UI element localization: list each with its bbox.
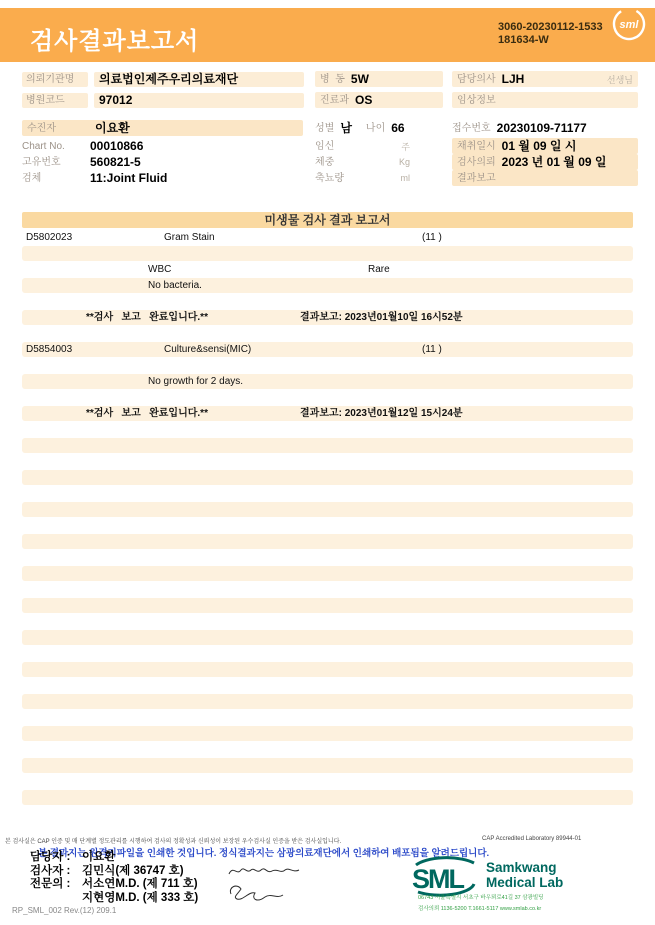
field-value: 의료법인제주우리의료재단 <box>94 72 304 87</box>
report-row <box>22 566 633 581</box>
field-label: 임신 <box>315 139 334 154</box>
field-label: 담당의사 <box>457 72 496 87</box>
field-doctor: 담당의사 LJH 선생님 <box>452 71 638 87</box>
report-row: D5802023Gram Stain(11 ) <box>22 230 633 245</box>
field-hospital-code: 병원코드 97012 <box>22 92 304 108</box>
form-code: RP_SML_002 Rev.(12) 209.1 <box>12 906 116 915</box>
field-label: 병원코드 <box>22 93 88 108</box>
report-cell: 결과보고: 2023년01월12일 15시24분 <box>300 406 463 421</box>
field-clinical-info: 임상정보 <box>452 92 638 108</box>
field-label: 접수번호 <box>452 121 491 136</box>
document-number: 3060-20230112-1533 <box>498 21 603 34</box>
report-row <box>22 790 633 805</box>
patient-name: 이요환 <box>95 121 130 136</box>
field-label: 수진자 <box>27 121 89 136</box>
field-value: 01 월 09 일 시 <box>502 139 577 154</box>
report-cell: Gram Stain <box>164 230 215 245</box>
field-label: Chart No. <box>22 139 84 154</box>
field-value: LJH <box>502 72 525 87</box>
report-cell: **검사 보고 완료입니다.** <box>86 406 208 421</box>
field-unique-no: 고유번호 560821-5 <box>22 154 141 170</box>
field-requesting-org: 의뢰기관명 의료법인제주우리의료재단 <box>22 71 304 87</box>
staff-specialist-1: 전문의 : 서소연M.D. (제 711 호) <box>30 878 198 892</box>
field-label: 검사의뢰 <box>457 155 496 170</box>
report-row: D5854003Culture&sensi(MIC)(11 ) <box>22 342 633 357</box>
svg-text:SML: SML <box>412 864 465 894</box>
field-value: 5W <box>351 72 369 87</box>
field-weight: 체중 Kg <box>315 154 410 170</box>
report-rows: D5802023Gram Stain(11 )WBCRareNo bacteri… <box>22 229 633 806</box>
age-value: 66 <box>391 121 404 136</box>
report-row <box>22 694 633 709</box>
report-header: 검사결과보고서 3060-20230112-1533 181634-W sml <box>0 8 655 62</box>
report-row <box>22 486 633 501</box>
report-cell: (11 ) <box>422 230 442 245</box>
lab-address: 06743 서울특별시 서초구 바우뫼로41길 37 삼광빌딩 검사의뢰 113… <box>418 893 544 915</box>
report-row: **검사 보고 완료입니다.**결과보고: 2023년01월12일 15시24분 <box>22 406 633 421</box>
field-chart-no: Chart No. 00010866 <box>22 138 143 154</box>
svg-text:sml: sml <box>620 19 640 31</box>
field-label: 성별 <box>315 121 334 136</box>
report-row <box>22 454 633 469</box>
field-value: 00010866 <box>90 139 143 154</box>
report-row <box>22 550 633 565</box>
report-row <box>22 582 633 597</box>
report-cell: No growth for 2 days. <box>148 374 243 389</box>
report-row <box>22 598 633 613</box>
report-row <box>22 438 633 453</box>
report-row <box>22 758 633 773</box>
field-value: 11:Joint Fluid <box>90 171 167 186</box>
report-row <box>22 326 633 341</box>
report-row: WBCRare <box>22 262 633 277</box>
report-cell: Rare <box>368 262 390 277</box>
field-label: 의뢰기관명 <box>22 72 88 87</box>
staff-specialist-2: 지현영M.D. (제 333 호) <box>30 892 198 906</box>
cap-accreditation: CAP Accredited Laboratory 89944-01 <box>482 836 581 842</box>
report-row <box>22 614 633 629</box>
report-row <box>22 358 633 373</box>
field-value: OS <box>355 93 372 108</box>
report-cell: **검사 보고 완료입니다.** <box>86 310 208 325</box>
report-cell: D5854003 <box>26 342 72 357</box>
staff-manager: 담당자 : 이요환 <box>30 851 198 865</box>
field-sex-age: 성별 남 나이 66 <box>315 120 405 136</box>
field-unit: 주 <box>401 140 410 153</box>
header-numbers: 3060-20230112-1533 181634-W <box>498 21 603 47</box>
report-row <box>22 630 633 645</box>
field-label: 결과보고 <box>457 171 496 186</box>
report-row <box>22 534 633 549</box>
sample-number: 181634-W <box>498 34 603 47</box>
field-requested: 검사의뢰 2023 년 01 월 09 일 <box>452 154 638 170</box>
report-row <box>22 678 633 693</box>
page-title: 검사결과보고서 <box>30 21 199 56</box>
doctor-honorific: 선생님 <box>607 73 633 86</box>
report-cell: (11 ) <box>422 342 442 357</box>
field-label: 고유번호 <box>22 155 84 170</box>
report-cell: Culture&sensi(MIC) <box>164 342 251 357</box>
report-row <box>22 662 633 677</box>
report-row <box>22 390 633 405</box>
report-row <box>22 646 633 661</box>
lab-name: Samkwang Medical Lab <box>486 860 563 890</box>
field-pregnancy: 임신 주 <box>315 138 410 154</box>
field-patient: 수진자 이요환 <box>22 120 303 136</box>
sex-value: 남 <box>340 121 352 136</box>
report-row <box>22 726 633 741</box>
field-label: 채취일시 <box>457 139 496 154</box>
field-label: 임상정보 <box>457 93 496 108</box>
field-value: 560821-5 <box>90 155 141 170</box>
report-row <box>22 742 633 757</box>
lab-report-page: 검사결과보고서 3060-20230112-1533 181634-W sml … <box>0 0 655 925</box>
report-row <box>22 246 633 261</box>
staff-examiner: 검사자 : 김민식(제 36747 호) <box>30 865 198 879</box>
field-unit: ml <box>401 173 411 183</box>
field-collected: 채취일시 01 월 09 일 시 <box>452 138 638 154</box>
report-cell: D5802023 <box>26 230 72 245</box>
report-cell: WBC <box>148 262 171 277</box>
report-row <box>22 518 633 533</box>
field-label: 축뇨량 <box>315 171 344 186</box>
field-value: 97012 <box>94 93 304 108</box>
field-unit: Kg <box>399 157 410 167</box>
sml-circle-logo-icon: sml <box>605 2 651 46</box>
report-cell: 결과보고: 2023년01월10일 16시52분 <box>300 310 463 325</box>
report-row: **검사 보고 완료입니다.**결과보고: 2023년01월10일 16시52분 <box>22 310 633 325</box>
report-row: No bacteria. <box>22 278 633 293</box>
report-row <box>22 470 633 485</box>
field-receipt-no: 접수번호 20230109-71177 <box>452 120 587 136</box>
field-label: 나이 <box>366 121 385 136</box>
field-label: 진료과 <box>320 93 349 108</box>
staff-block: 담당자 : 이요환 검사자 : 김민식(제 36747 호) 전문의 : 서소연… <box>30 851 198 905</box>
report-row: No growth for 2 days. <box>22 374 633 389</box>
report-row <box>22 710 633 725</box>
field-label: 체중 <box>315 155 334 170</box>
field-value: 2023 년 01 월 09 일 <box>502 155 607 170</box>
report-row <box>22 294 633 309</box>
field-department: 진료과 OS <box>315 92 443 108</box>
field-specimen: 검체 11:Joint Fluid <box>22 170 167 186</box>
field-urine-volume: 축뇨량 ml <box>315 170 410 186</box>
field-ward: 병 동 5W <box>315 71 443 87</box>
cap-notice: 본 검사실은 CAP 인증 및 매 단계별 정도관리를 시행하여 검사의 정확성… <box>5 836 341 845</box>
field-value: 20230109-71177 <box>497 121 587 136</box>
report-row <box>22 422 633 437</box>
signature-icon <box>225 862 317 908</box>
field-label: 병 동 <box>320 72 345 87</box>
field-label: 검체 <box>22 171 84 186</box>
report-cell: No bacteria. <box>148 278 202 293</box>
report-row <box>22 502 633 517</box>
report-row <box>22 774 633 789</box>
section-title: 미생물 검사 결과 보고서 <box>22 212 633 228</box>
field-reported: 결과보고 <box>452 170 638 186</box>
